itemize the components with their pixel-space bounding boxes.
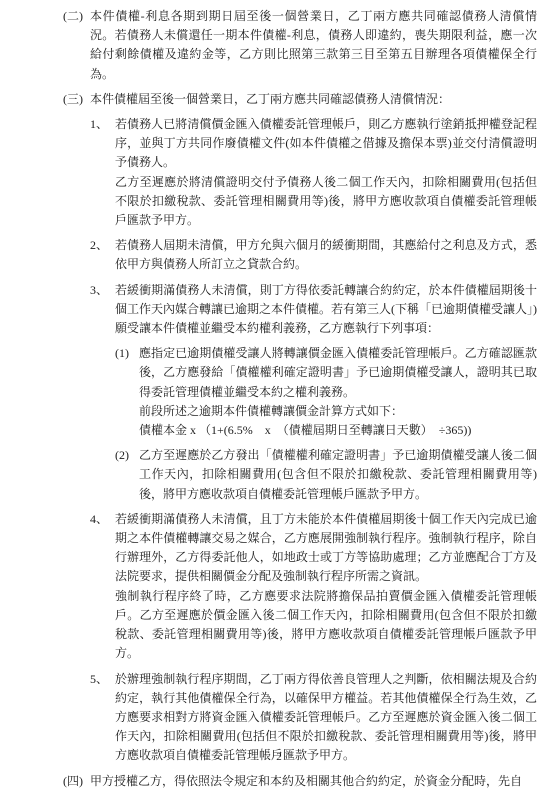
list-item-3-paragraph-1: 若緩衝期滿債務人未清償，則丁方得依委託轉讓合約約定，於本件債權屆期後十個工作天內… bbox=[115, 281, 537, 339]
section-2-body: 本件債權-利息各期到期日屆至後一個營業日，乙丁兩方應共同確認債務人清償情況。若債… bbox=[90, 7, 537, 84]
list-item-4-paragraph-1: 若緩衝期滿債務人未清償，且丁方未能於本件債權屆期後十個工作天內完成已逾期之本件債… bbox=[115, 510, 537, 587]
sub-item-1-label: (1) bbox=[115, 344, 139, 440]
section-3-label: (三) bbox=[63, 90, 90, 766]
list-item-1-body: 若債務人已將清償價金匯入債權委託管理帳戶，則乙方應執行塗銷抵押權登記程序，並與丁… bbox=[115, 115, 537, 230]
list-item-1-paragraph-1: 若債務人已將清償價金匯入債權委託管理帳戶，則乙方應執行塗銷抵押權登記程序，並與丁… bbox=[115, 115, 537, 173]
list-item-3: 3、 若緩衝期滿債務人未清償，則丁方得依委託轉讓合約約定，於本件債權屆期後十個工… bbox=[90, 281, 537, 504]
section-4-label: (四) bbox=[63, 772, 90, 789]
section-4-paragraph: 甲方授權乙方，得依照法令規定和本約及相關其他合約約定，於資金分配時，先自 bbox=[90, 772, 537, 789]
list-item-2-paragraph-1: 若債務人屆期未清償，甲方允與六個月的緩衝期間，其應給付之利息及方式，悉依甲方與債… bbox=[115, 236, 537, 274]
list-item-3-body: 若緩衝期滿債務人未清償，則丁方得依委託轉讓合約約定，於本件債權屆期後十個工作天內… bbox=[115, 281, 537, 504]
section-3-body: 本件債權屆至後一個營業日，乙丁兩方應共同確認債務人清償情況： 1、 若債務人已將… bbox=[90, 90, 537, 766]
section-2-label: (二) bbox=[63, 7, 90, 84]
section-4-body: 甲方授權乙方，得依照法令規定和本約及相關其他合約約定，於資金分配時，先自 bbox=[90, 772, 537, 789]
list-item-2-body: 若債務人屆期未清償，甲方允與六個月的緩衝期間，其應給付之利息及方式，悉依甲方與債… bbox=[115, 236, 537, 274]
list-item-4-paragraph-2: 強制執行程序終了時，乙方應要求法院將擔保品拍賣價金匯入債權委託管理帳戶。乙方至遲… bbox=[115, 587, 537, 664]
sub-item-1-paragraph-1: 應指定已逾期債權受讓人將轉讓價金匯入債權委託管理帳戶。乙方確認匯款後，乙方應發給… bbox=[139, 344, 537, 402]
section-2-paragraph: 本件債權-利息各期到期日屆至後一個營業日，乙丁兩方應共同確認債務人清償情況。若債… bbox=[90, 7, 537, 84]
section-4: (四) 甲方授權乙方，得依照法令規定和本約及相關其他合約約定，於資金分配時，先自 bbox=[63, 772, 537, 789]
list-item-1-paragraph-2: 乙方至遲應於將清償證明交付予債務人後二個工作天內，扣除相關費用(包括但不限於扣繳… bbox=[115, 173, 537, 231]
sub-item-2-body: 乙方至遲應於乙方發出「債權權利確定證明書」予已逾期債權受讓人後二個工作天內，扣除… bbox=[139, 446, 537, 504]
section-2: (二) 本件債權-利息各期到期日屆至後一個營業日，乙丁兩方應共同確認債務人清償情… bbox=[63, 7, 537, 84]
section-3-intro: 本件債權屆至後一個營業日，乙丁兩方應共同確認債務人清償情況： bbox=[90, 90, 537, 109]
list-item-2-label: 2、 bbox=[90, 236, 115, 274]
sub-item-1-paragraph-2: 前段所述之逾期本件債權轉讓價金計算方式如下： bbox=[139, 402, 537, 421]
page-number: 2 bbox=[0, 748, 558, 767]
list-item-4-body: 若緩衝期滿債務人未清償，且丁方未能於本件債權屆期後十個工作天內完成已逾期之本件債… bbox=[115, 510, 537, 664]
list-item-1: 1、 若債務人已將清償價金匯入債權委託管理帳戶，則乙方應執行塗銷抵押權登記程序，… bbox=[90, 115, 537, 230]
sub-item-2: (2) 乙方至遲應於乙方發出「債權權利確定證明書」予已逾期債權受讓人後二個工作天… bbox=[115, 446, 537, 504]
contract-page: (二) 本件債權-利息各期到期日屆至後一個營業日，乙丁兩方應共同確認債務人清償情… bbox=[63, 7, 537, 789]
sub-item-2-paragraph-1: 乙方至遲應於乙方發出「債權權利確定證明書」予已逾期債權受讓人後二個工作天內，扣除… bbox=[139, 446, 537, 504]
list-item-4: 4、 若緩衝期滿債務人未清償，且丁方未能於本件債權屆期後十個工作天內完成已逾期之… bbox=[90, 510, 537, 664]
sub-item-1: (1) 應指定已逾期債權受讓人將轉讓價金匯入債權委託管理帳戶。乙方確認匯款後，乙… bbox=[115, 344, 537, 440]
list-item-1-label: 1、 bbox=[90, 115, 115, 230]
transfer-price-formula: 債權本金 x （1+(6.5% x （債權屆期日至轉讓日天數） ÷365)) bbox=[139, 421, 537, 440]
list-item-4-label: 4、 bbox=[90, 510, 115, 664]
list-item-3-label: 3、 bbox=[90, 281, 115, 504]
sub-item-1-body: 應指定已逾期債權受讓人將轉讓價金匯入債權委託管理帳戶。乙方確認匯款後，乙方應發給… bbox=[139, 344, 537, 440]
sub-item-2-label: (2) bbox=[115, 446, 139, 504]
list-item-2: 2、 若債務人屆期未清償，甲方允與六個月的緩衝期間，其應給付之利息及方式，悉依甲… bbox=[90, 236, 537, 274]
section-3: (三) 本件債權屆至後一個營業日，乙丁兩方應共同確認債務人清償情況： 1、 若債… bbox=[63, 90, 537, 766]
